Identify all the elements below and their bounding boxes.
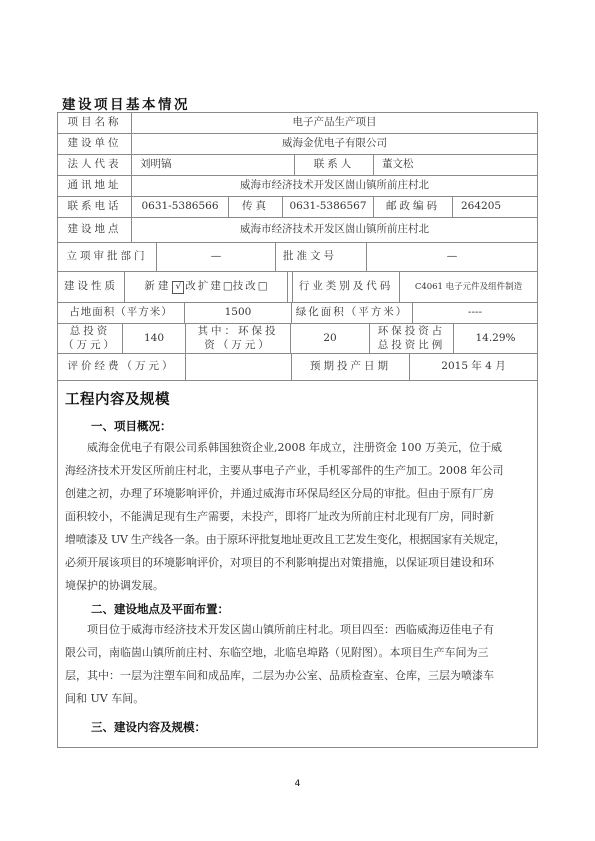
start-date-value: 2015 年 4 月: [409, 353, 538, 381]
legal-rep-label: 法人代表: [57, 154, 132, 176]
postcode-value: 264205: [452, 196, 538, 218]
phone-value: 0631-5386566: [131, 196, 229, 218]
project-name-label: 项目名称: [57, 112, 132, 134]
nature-options: 新建 √ 改扩建 □ 技改 □: [124, 271, 288, 303]
paragraph-line: 增喷漆及 UV 生产线各一条。由于原环评批复地址更改且工艺发生变化，根据国家有关…: [65, 528, 535, 551]
project-name-value: 电子产品生产项目: [131, 112, 538, 134]
phone-label: 联系电话: [57, 196, 132, 218]
section-2-paragraph: 项目位于威海市经济技术开发区崮山镇所前庄村北。项目四至：西临威海迈佳电子有 限公…: [65, 618, 535, 710]
ratio-label: 环保投资占 总投资比例: [369, 323, 454, 354]
address-label: 通讯地址: [57, 175, 132, 197]
env-invest-label-line2: 资（万元）: [204, 339, 272, 352]
section-1-title: 一、项目概况：: [91, 418, 172, 434]
ratio-label-line2: 总投资比例: [378, 339, 446, 352]
env-invest-label-line1: 其中：环保投: [198, 325, 279, 338]
ratio-label-line1: 环保投资占: [378, 325, 446, 338]
invest-label: 总投资 （万元）: [57, 323, 123, 354]
section-2-title: 二、建设地点及平面布置：: [91, 601, 229, 617]
legal-rep-value: 刘明镐: [131, 154, 295, 176]
paragraph-line: 限公司，南临崮山镇所前庄村、东临空地，北临皂埠路（见附图）。本项目生产车间为三: [65, 641, 535, 664]
green-value: ----: [412, 302, 538, 324]
nature-expand-checkbox[interactable]: □: [223, 280, 233, 293]
address-value: 威海市经济技术开发区崮山镇所前庄村北: [131, 175, 538, 197]
invest-label-line2: （万元）: [63, 339, 117, 352]
postcode-label: 邮政编码: [373, 196, 453, 218]
nature-new-checkbox[interactable]: √: [172, 281, 184, 294]
nature-tech-checkbox[interactable]: □: [258, 280, 268, 293]
nature-expand-label: 改扩建: [185, 280, 223, 293]
eval-fee-value: [185, 353, 292, 381]
builder-label: 建设单位: [57, 133, 132, 155]
approval-dept-value: —: [156, 242, 276, 272]
invest-value: 140: [122, 323, 186, 354]
fax-value: 0631-5386567: [282, 196, 374, 218]
fax-label: 传真: [228, 196, 283, 218]
industry-value: C4061 电子元件及组件制造: [399, 271, 538, 303]
ratio-value: 14.29%: [453, 323, 538, 354]
eval-fee-label: 评价经费（万元）: [57, 353, 186, 381]
paragraph-line: 间和 UV 车间。: [65, 687, 535, 710]
start-date-label: 预期投产日期: [291, 353, 410, 381]
invest-label-line1: 总投资: [70, 325, 111, 338]
approval-no-value: —: [366, 242, 538, 272]
project-content-section: 工程内容及规模 一、项目概况： 威海金优电子有限公司系韩国独资企业,2008 年…: [57, 380, 538, 748]
green-label: 绿化面积（平方米）: [291, 302, 413, 324]
site-label: 建设地点: [57, 217, 132, 243]
approval-dept-label: 立项审批部门: [57, 242, 157, 272]
nature-label: 建设性质: [57, 271, 125, 303]
page-number: 4: [0, 779, 595, 789]
section-3-title: 三、建设内容及规模：: [91, 719, 206, 735]
paragraph-line: 创建之初，办理了环境影响评价，并通过威海市环保局经区分局的审批。但由于原有厂房: [65, 482, 535, 505]
site-value: 威海市经济技术开发区崮山镇所前庄村北: [131, 217, 538, 243]
nature-tech-label: 技改: [233, 280, 258, 293]
paragraph-line: 必须开展该项目的环境影响评价，对项目的不利影响提出对策措施，以保证项目建设和环: [65, 551, 535, 574]
paragraph-line: 层，其中：一层为注塑车间和成品库，二层为办公室、品质检查室、仓库，三层为喷漆车: [65, 664, 535, 687]
paragraph-line: 境保护的协调发展。: [65, 574, 535, 597]
nature-new-label: 新建: [144, 280, 171, 293]
section-1-paragraph: 威海金优电子有限公司系韩国独资企业,2008 年成立，注册资金 100 万美元，…: [65, 436, 535, 597]
content-heading: 工程内容及规模: [65, 388, 170, 409]
industry-label: 行业类别及代码: [292, 271, 400, 303]
env-invest-value: 20: [290, 323, 370, 354]
paragraph-line: 威海金优电子有限公司系韩国独资企业,2008 年成立，注册资金 100 万美元，…: [65, 436, 535, 459]
area-value: 1500: [184, 302, 292, 324]
paragraph-line: 项目位于威海市经济技术开发区崮山镇所前庄村北。项目四至：西临威海迈佳电子有: [65, 618, 535, 641]
contact-label: 联系人: [294, 154, 374, 176]
paragraph-line: 面积较小，不能满足现有生产需要，未投产，即将厂址改为所前庄村北现有厂房，同时新: [65, 505, 535, 528]
builder-value: 威海金优电子有限公司: [131, 133, 538, 155]
approval-no-label: 批准文号: [275, 242, 367, 272]
paragraph-line: 海经济技术开发区所前庄村北，主要从事电子产业，手机零部件的生产加工。2008 年…: [65, 459, 535, 482]
section-title: 建设项目基本情况: [62, 93, 190, 113]
area-label: 占地面积（平方米）: [57, 302, 185, 324]
contact-value: 董文松: [373, 154, 538, 176]
env-invest-label: 其中：环保投 资（万元）: [185, 323, 291, 354]
